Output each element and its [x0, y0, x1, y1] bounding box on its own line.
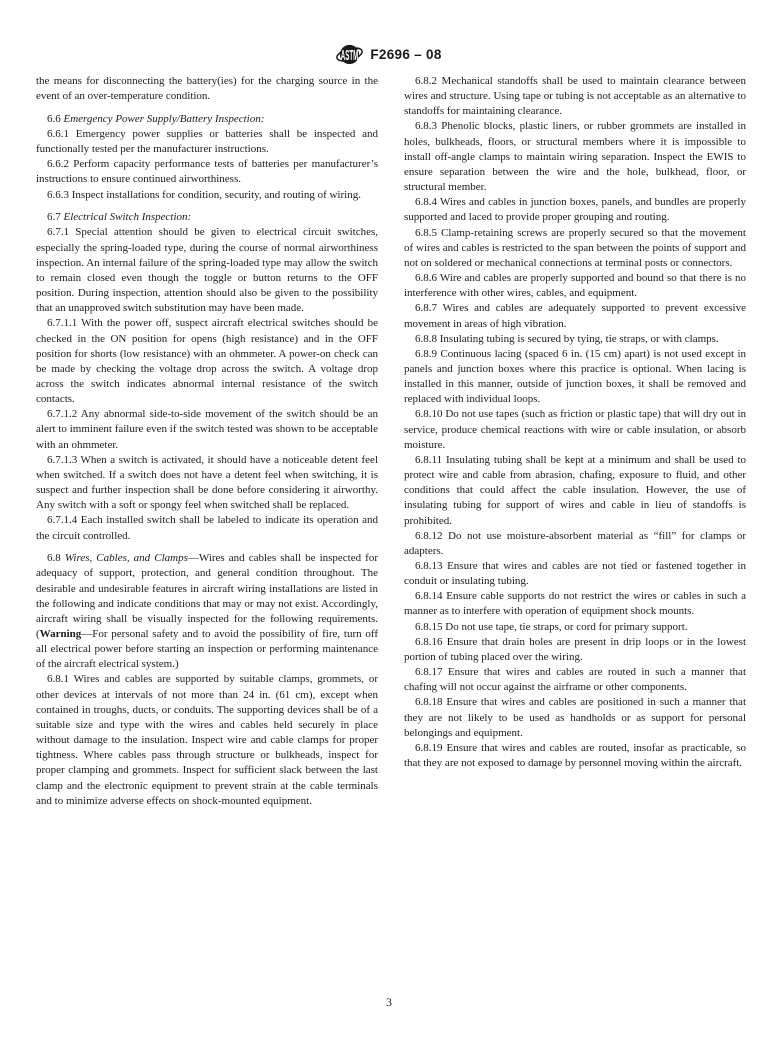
- left-column: the means for disconnecting the battery(…: [36, 74, 378, 809]
- text-segment: Electrical Switch Inspection:: [64, 211, 192, 223]
- text-segment: Emergency Power Supply/Battery Inspectio…: [64, 113, 265, 125]
- paragraph: 6.8.11 Insulating tubing shall be kept a…: [404, 453, 746, 529]
- paragraph: 6.7.1.1 With the power off, suspect airc…: [36, 316, 378, 407]
- text-segment: 6.8.15 Do not use tape, tie straps, or c…: [415, 621, 688, 633]
- text-segment: 6.8.3 Phenolic blocks, plastic liners, o…: [404, 120, 746, 193]
- right-column: 6.8.2 Mechanical standoffs shall be used…: [404, 74, 746, 809]
- page-number: 3: [386, 997, 392, 1009]
- text-segment: 6.8.18 Ensure that wires and cables are …: [404, 696, 746, 738]
- paragraph: 6.8.6 Wire and cables are properly suppo…: [404, 271, 746, 301]
- paragraph: 6.7.1 Special attention should be given …: [36, 225, 378, 316]
- text-segment: 6.7.1.3 When a switch is activated, it s…: [36, 454, 378, 511]
- paragraph: 6.6.2 Perform capacity performance tests…: [36, 157, 378, 187]
- paragraph: 6.6.3 Inspect installations for conditio…: [36, 188, 378, 203]
- paragraph: 6.8.1 Wires and cables are supported by …: [36, 672, 378, 808]
- paragraph: 6.8.17 Ensure that wires and cables are …: [404, 665, 746, 695]
- text-segment: 6.8.11 Insulating tubing shall be kept a…: [404, 454, 746, 527]
- paragraph: 6.8.19 Ensure that wires and cables are …: [404, 741, 746, 771]
- paragraph: 6.8.5 Clamp-retaining screws are properl…: [404, 226, 746, 271]
- text-segment: 6.7.1.1 With the power off, suspect airc…: [36, 317, 378, 405]
- document-page: ASTM F2696 – 08 the means for disconnect…: [0, 0, 778, 1041]
- text-segment: 6.7: [47, 211, 64, 223]
- paragraph: 6.8.14 Ensure cable supports do not rest…: [404, 589, 746, 619]
- text-segment: 6.8.14 Ensure cable supports do not rest…: [404, 590, 746, 617]
- paragraph: 6.8.8 Insulating tubing is secured by ty…: [404, 332, 746, 347]
- page-header: ASTM F2696 – 08: [0, 42, 778, 67]
- text-segment: the means for disconnecting the battery(…: [36, 75, 378, 102]
- page-footer: 3: [0, 997, 778, 1009]
- text-segment: 6.8.16 Ensure that drain holes are prese…: [404, 636, 746, 663]
- section-heading: 6.6 Emergency Power Supply/Battery Inspe…: [36, 112, 378, 127]
- text-segment: 6.8.6 Wire and cables are properly suppo…: [404, 272, 746, 299]
- text-segment: 6.8.12 Do not use moisture-absorbent mat…: [404, 530, 746, 557]
- text-segment: 6.8.7 Wires and cables are adequately su…: [404, 302, 746, 329]
- paragraph: 6.8.13 Ensure that wires and cables are …: [404, 559, 746, 589]
- paragraph: 6.8.3 Phenolic blocks, plastic liners, o…: [404, 119, 746, 195]
- section-paragraph: 6.8 Wires, Cables, and Clamps—Wires and …: [36, 551, 378, 672]
- standard-designation: F2696 – 08: [370, 47, 441, 62]
- svg-text:ASTM: ASTM: [341, 47, 359, 64]
- text-segment: 6.8.1 Wires and cables are supported by …: [36, 673, 378, 806]
- text-segment: 6.7.1.4 Each installed switch shall be l…: [36, 514, 378, 541]
- text-columns: the means for disconnecting the battery(…: [36, 74, 746, 809]
- paragraph: 6.8.7 Wires and cables are adequately su…: [404, 301, 746, 331]
- text-segment: —For personal safety and to avoid the po…: [36, 628, 378, 670]
- text-segment: 6.7.1 Special attention should be given …: [36, 226, 378, 314]
- paragraph: 6.8.16 Ensure that drain holes are prese…: [404, 635, 746, 665]
- paragraph: 6.8.2 Mechanical standoffs shall be used…: [404, 74, 746, 119]
- text-segment: 6.7.1.2 Any abnormal side-to-side moveme…: [36, 408, 378, 450]
- paragraph: 6.8.9 Continuous lacing (spaced 6 in. (1…: [404, 347, 746, 408]
- text-segment: 6.8.13 Ensure that wires and cables are …: [404, 560, 746, 587]
- paragraph: 6.8.15 Do not use tape, tie straps, or c…: [404, 620, 746, 635]
- text-segment: 6.6.2 Perform capacity performance tests…: [36, 158, 378, 185]
- paragraph: 6.7.1.4 Each installed switch shall be l…: [36, 513, 378, 543]
- text-segment: 6.8.19 Ensure that wires and cables are …: [404, 742, 746, 769]
- text-segment: 6.8.17 Ensure that wires and cables are …: [404, 666, 746, 693]
- paragraph: 6.8.4 Wires and cables in junction boxes…: [404, 195, 746, 225]
- text-segment: 6.6.3 Inspect installations for conditio…: [47, 189, 361, 201]
- text-segment: 6.8.2 Mechanical standoffs shall be used…: [404, 75, 746, 117]
- paragraph: 6.8.12 Do not use moisture-absorbent mat…: [404, 529, 746, 559]
- text-segment: 6.8.5 Clamp-retaining screws are properl…: [404, 227, 746, 269]
- text-segment: 6.8: [47, 552, 65, 564]
- paragraph: 6.8.10 Do not use tapes (such as frictio…: [404, 407, 746, 452]
- section-heading: 6.7 Electrical Switch Inspection:: [36, 210, 378, 225]
- paragraph: 6.7.1.2 Any abnormal side-to-side moveme…: [36, 407, 378, 452]
- astm-seal-icon: ASTM: [336, 42, 363, 67]
- text-segment: 6.6: [47, 113, 64, 125]
- text-segment: Wires, Cables, and Clamps: [65, 552, 188, 564]
- paragraph: 6.8.18 Ensure that wires and cables are …: [404, 695, 746, 740]
- paragraph: 6.6.1 Emergency power supplies or batter…: [36, 127, 378, 157]
- text-segment: 6.8.4 Wires and cables in junction boxes…: [404, 196, 746, 223]
- text-segment: —Wires and cables shall be inspected for…: [36, 552, 378, 640]
- text-segment: Warning: [40, 628, 82, 640]
- text-segment: 6.8.8 Insulating tubing is secured by ty…: [415, 333, 719, 345]
- paragraph: 6.7.1.3 When a switch is activated, it s…: [36, 453, 378, 514]
- text-segment: 6.8.9 Continuous lacing (spaced 6 in. (1…: [404, 348, 746, 405]
- text-segment: 6.8.10 Do not use tapes (such as frictio…: [404, 408, 746, 450]
- continuation-paragraph: the means for disconnecting the battery(…: [36, 74, 378, 104]
- text-segment: 6.6.1 Emergency power supplies or batter…: [36, 128, 378, 155]
